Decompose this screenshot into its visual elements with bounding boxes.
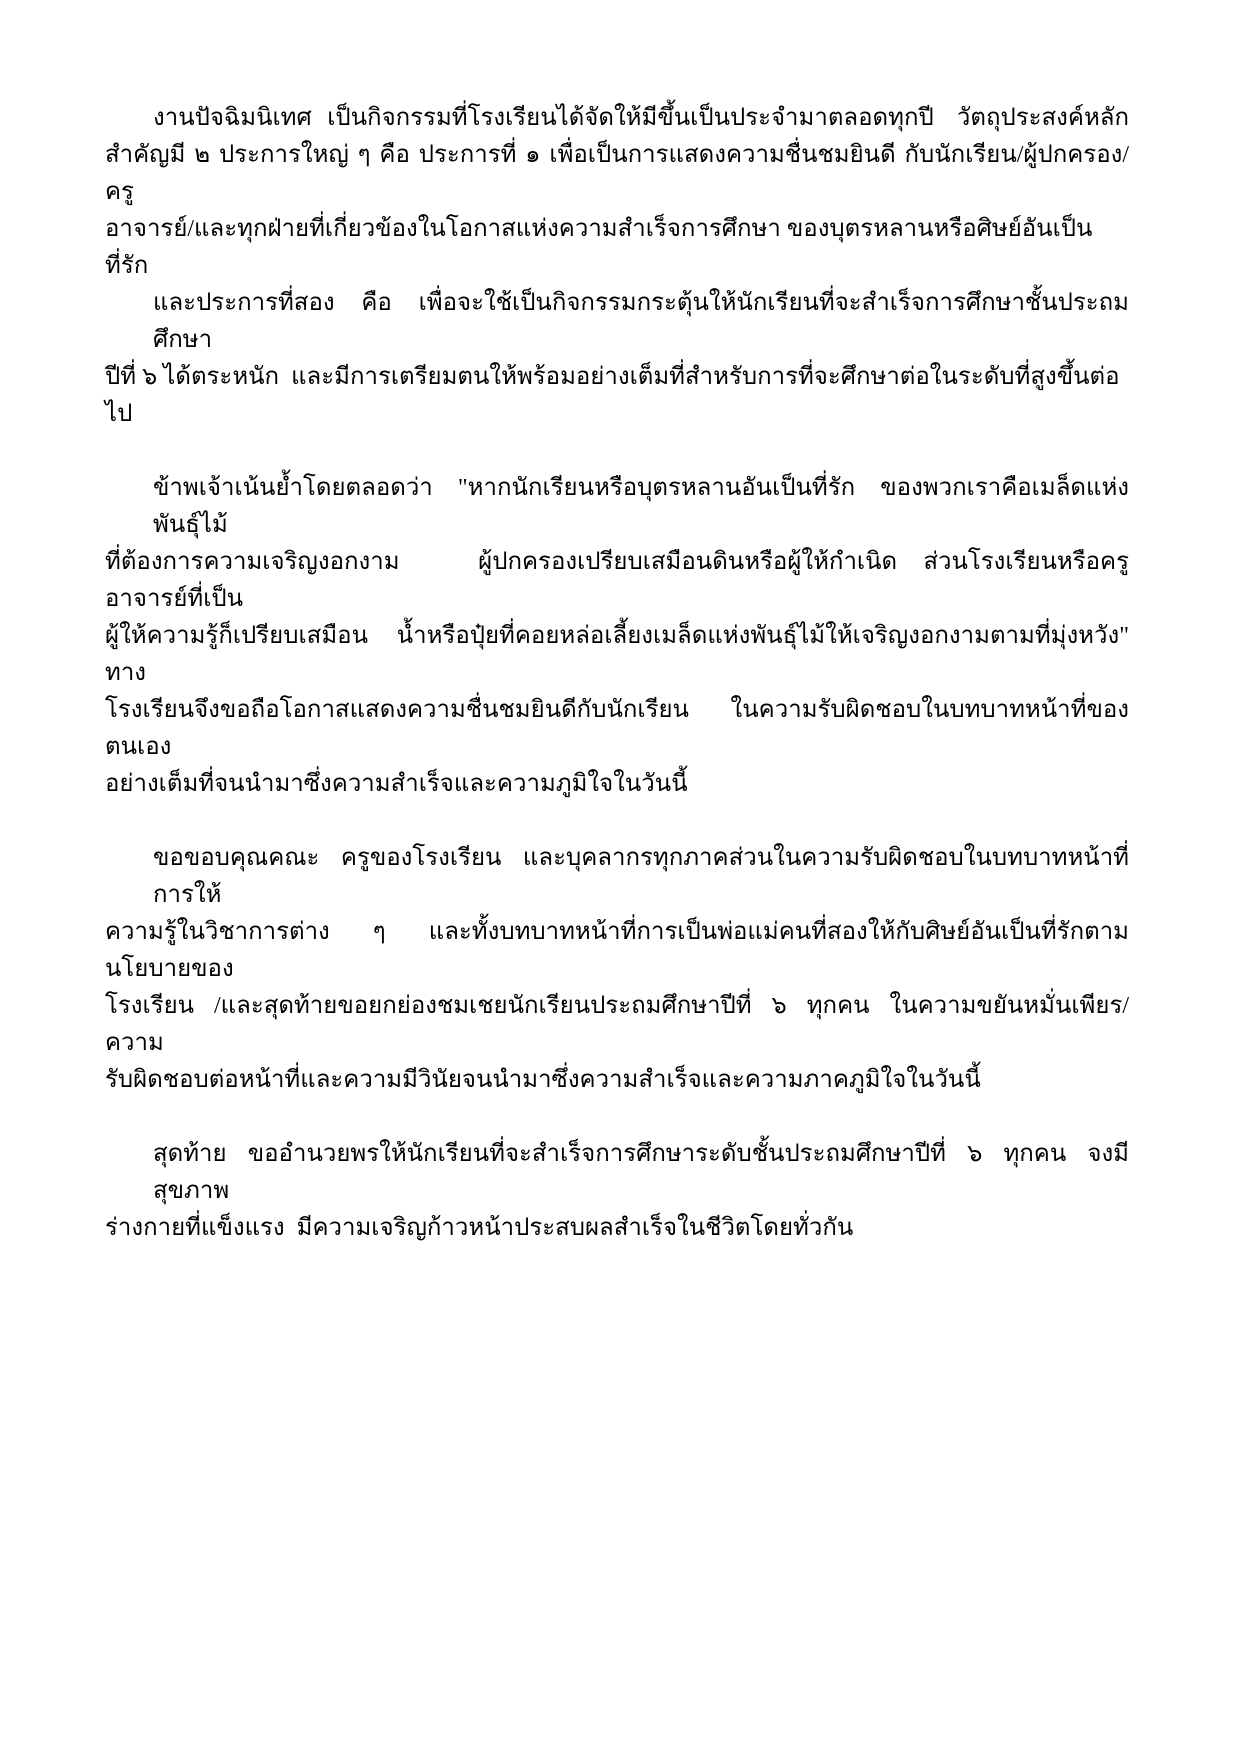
text-line: และประการที่สอง คือ เพื่อจะใช้เป็นกิจกรร… bbox=[105, 285, 1129, 359]
text-line: โรงเรียน /และสุดท้ายขอยกย่องชมเชยนักเรีย… bbox=[105, 988, 1129, 1062]
paragraph-3: ข้าพเจ้าเน้นย้ำโดยตลอดว่า "หากนักเรียนหร… bbox=[105, 470, 1129, 803]
paragraph-2: และประการที่สอง คือ เพื่อจะใช้เป็นกิจกรร… bbox=[105, 285, 1129, 433]
text-line: โรงเรียนจึงขอถือโอกาสแสดงความชื่นชมยินดี… bbox=[105, 692, 1129, 766]
text-line: ปีที่ ๖ ได้ตระหนัก และมีการเตรียมตนให้พร… bbox=[105, 359, 1129, 433]
document-body: งานปัจฉิมนิเทศ เป็นกิจกรรมที่โรงเรียนได้… bbox=[105, 100, 1129, 1247]
text-line: รับผิดชอบต่อหน้าที่และความมีวินัยจนนำมาซ… bbox=[105, 1062, 1129, 1099]
document-page: งานปัจฉิมนิเทศ เป็นกิจกรรมที่โรงเรียนได้… bbox=[0, 0, 1241, 1754]
text-line: ผู้ให้ความรู้ก็เปรียบเสมือน น้ำหรือปุ๋ยท… bbox=[105, 618, 1129, 692]
paragraph-4: ขอขอบคุณคณะ ครูของโรงเรียน และบุคลากรทุก… bbox=[105, 840, 1129, 1099]
text-line: สำคัญมี ๒ ประการใหญ่ ๆ คือ ประการที่ ๑ เ… bbox=[105, 137, 1129, 211]
paragraph-5: สุดท้าย ขออำนวยพรให้นักเรียนที่จะสำเร็จก… bbox=[105, 1136, 1129, 1247]
text-line: งานปัจฉิมนิเทศ เป็นกิจกรรมที่โรงเรียนได้… bbox=[105, 100, 1129, 137]
text-line: อาจารย์/และทุกฝ่ายที่เกี่ยวข้องในโอกาสแห… bbox=[105, 211, 1129, 285]
paragraph-1: งานปัจฉิมนิเทศ เป็นกิจกรรมที่โรงเรียนได้… bbox=[105, 100, 1129, 285]
text-line: อย่างเต็มที่จนนำมาซึ่งความสำเร็จและความภ… bbox=[105, 766, 1129, 803]
text-line: ข้าพเจ้าเน้นย้ำโดยตลอดว่า "หากนักเรียนหร… bbox=[105, 470, 1129, 544]
text-line: ร่างกายที่แข็งแรง มีความเจริญก้าวหน้าประ… bbox=[105, 1210, 1129, 1247]
text-line: ที่ต้องการความเจริญงอกงาม ผู้ปกครองเปรีย… bbox=[105, 544, 1129, 618]
text-line: ขอขอบคุณคณะ ครูของโรงเรียน และบุคลากรทุก… bbox=[105, 840, 1129, 914]
text-line: สุดท้าย ขออำนวยพรให้นักเรียนที่จะสำเร็จก… bbox=[105, 1136, 1129, 1210]
text-line: ความรู้ในวิชาการต่าง ๆ และทั้งบทบาทหน้าท… bbox=[105, 914, 1129, 988]
